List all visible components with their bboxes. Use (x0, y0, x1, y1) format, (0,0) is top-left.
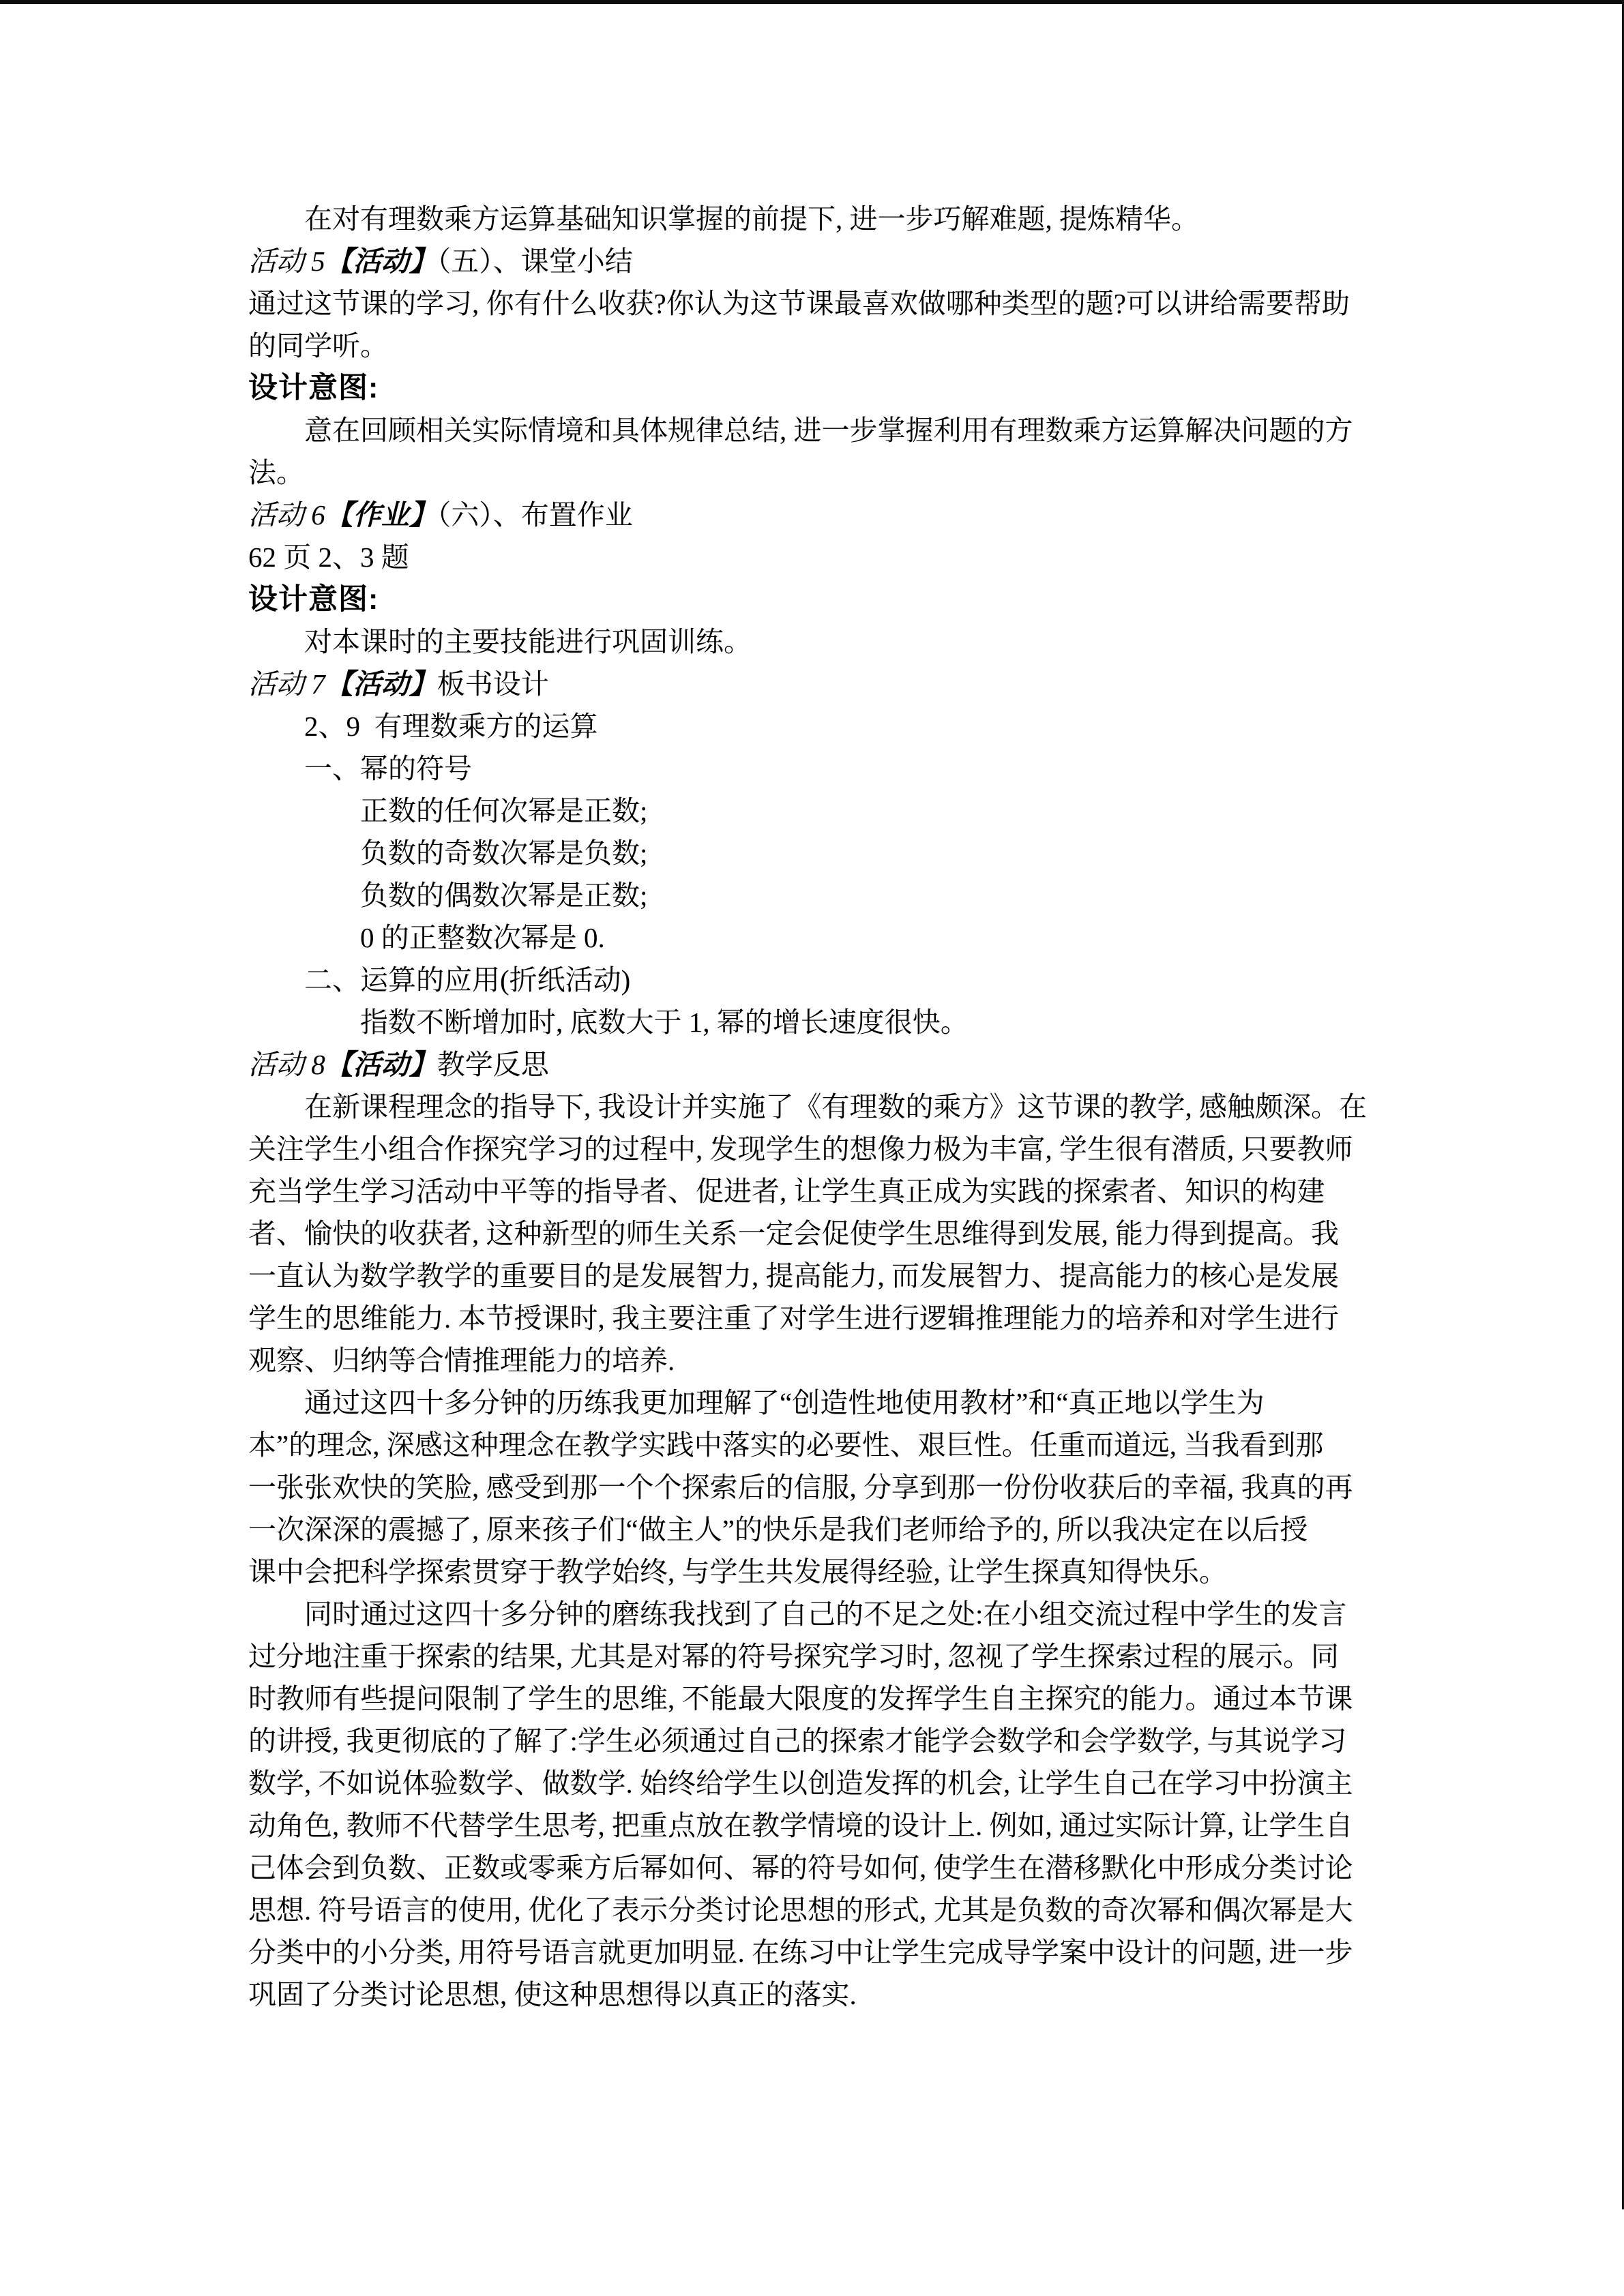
text-line: 思想. 符号语言的使用, 优化了表示分类讨论思想的形式, 尤其是负数的奇次幂和偶… (248, 1889, 1381, 1931)
text-line: 正数的任何次幂是正数; (248, 790, 1381, 832)
text-line: 充当学生学习活动中平等的指导者、促进者, 让学生真正成为实践的探索者、知识的构建 (248, 1170, 1381, 1212)
document-page: 在对有理数乘方运算基础知识掌握的前提下, 进一步巧解难题, 提炼精华。活动 5【… (0, 0, 1624, 2296)
text-line: 一、幂的符号 (248, 747, 1381, 790)
activity-title: 教学反思 (437, 1049, 549, 1080)
activity-heading: 活动 8【活动】教学反思 (248, 1043, 1381, 1086)
text-line: 一张张欢快的笑脸, 感受到那一个个探索后的信服, 分享到那一份份收获后的幸福, … (248, 1466, 1381, 1508)
text-line: 分类中的小分类, 用符号语言就更加明显. 在练习中让学生完成导学案中设计的问题,… (248, 1931, 1381, 1973)
page-top-border (0, 0, 1624, 4)
text-line: 一直认为数学教学的重要目的是发展智力, 提高能力, 而发展智力、提高能力的核心是… (248, 1255, 1381, 1297)
text-line: 过分地注重于探索的结果, 尤其是对幂的符号探究学习时, 忽视了学生探索过程的展示… (248, 1635, 1381, 1678)
activity-heading: 活动 5【活动】（五）、课堂小结 (248, 240, 1381, 282)
text-line: 一次深深的震撼了, 原来孩子们“做主人”的快乐是我们老师给予的, 所以我决定在以… (248, 1508, 1381, 1551)
activity-label: 活动 7 (248, 668, 325, 700)
text-line: 在新课程理念的指导下, 我设计并实施了《有理数的乘方》这节课的教学, 感触颇深。… (248, 1086, 1381, 1128)
text-line: 法。 (248, 451, 1381, 494)
text-line: 同时通过这四十多分钟的磨练我找到了自己的不足之处:在小组交流过程中学生的发言 (248, 1593, 1381, 1635)
activity-title: （六）、布置作业 (437, 499, 633, 531)
text-line: 负数的奇数次幂是负数; (248, 832, 1381, 874)
text-line: 指数不断增加时, 底数大于 1, 幂的增长速度很快。 (248, 1001, 1381, 1043)
text-line: 巩固了分类讨论思想, 使这种思想得以真正的落实. (248, 1973, 1381, 2016)
activity-heading: 活动 6【作业】（六）、布置作业 (248, 494, 1381, 536)
text-line: 意在回顾相关实际情境和具体规律总结, 进一步掌握利用有理数乘方运算解决问题的方 (248, 409, 1381, 451)
activity-label: 活动 8 (248, 1049, 325, 1080)
activity-bracket: 【活动】 (325, 245, 437, 277)
section-heading: 设计意图: (248, 367, 1381, 409)
text-line: 关注学生小组合作探究学习的过程中, 发现学生的想像力极为丰富, 学生很有潜质, … (248, 1128, 1381, 1170)
text-line: 对本课时的主要技能进行巩固训练。 (248, 621, 1381, 663)
activity-label: 活动 5 (248, 245, 325, 277)
activity-title: （五）、课堂小结 (437, 245, 633, 277)
text-line: 62 页 2、3 题 (248, 536, 1381, 578)
text-line: 2、9 有理数乘方的运算 (248, 705, 1381, 747)
text-line: 课中会把科学探索贯穿于教学始终, 与学生共发展得经验, 让学生探真知得快乐。 (248, 1551, 1381, 1593)
text-line: 二、运算的应用(折纸活动) (248, 959, 1381, 1001)
activity-bracket: 【活动】 (325, 1049, 437, 1080)
text-line: 通过这节课的学习, 你有什么收获?你认为这节课最喜欢做哪种类型的题?可以讲给需要… (248, 282, 1381, 325)
activity-bracket: 【活动】 (325, 668, 437, 700)
text-line: 的讲授, 我更彻底的了解了:学生必须通过自己的探索才能学会数学和会学数学, 与其… (248, 1720, 1381, 1762)
text-line: 负数的偶数次幂是正数; (248, 874, 1381, 916)
text-line: 本”的理念, 深感这种理念在教学实践中落实的必要性、艰巨性。任重而道远, 当我看… (248, 1424, 1381, 1466)
text-line: 时教师有些提问限制了学生的思维, 不能最大限度的发挥学生自主探究的能力。通过本节… (248, 1678, 1381, 1720)
text-line: 通过这四十多分钟的历练我更加理解了“创造性地使用教材”和“真正地以学生为 (248, 1382, 1381, 1424)
section-heading: 设计意图: (248, 578, 1381, 621)
activity-label: 活动 6 (248, 499, 325, 531)
text-line: 己体会到负数、正数或零乘方后幂如何、幂的符号如何, 使学生在潜移默化中形成分类讨… (248, 1847, 1381, 1889)
text-line: 动角色, 教师不代替学生思考, 把重点放在教学情境的设计上. 例如, 通过实际计… (248, 1804, 1381, 1847)
text-line: 的同学听。 (248, 325, 1381, 367)
text-line: 学生的思维能力. 本节授课时, 我主要注重了对学生进行逻辑推理能力的培养和对学生… (248, 1297, 1381, 1339)
text-line: 数学, 不如说体验数学、做数学. 始终给学生以创造发挥的机会, 让学生自己在学习… (248, 1762, 1381, 1804)
text-line: 者、愉快的收获者, 这种新型的师生关系一定会促使学生思维得到发展, 能力得到提高… (248, 1212, 1381, 1255)
activity-heading: 活动 7【活动】板书设计 (248, 663, 1381, 705)
document-content: 在对有理数乘方运算基础知识掌握的前提下, 进一步巧解难题, 提炼精华。活动 5【… (248, 198, 1381, 2016)
text-line: 观察、归纳等合情推理能力的培养. (248, 1339, 1381, 1382)
text-line: 0 的正整数次幂是 0. (248, 916, 1381, 959)
text-line: 在对有理数乘方运算基础知识掌握的前提下, 进一步巧解难题, 提炼精华。 (248, 198, 1381, 240)
activity-bracket: 【作业】 (325, 499, 437, 531)
activity-title: 板书设计 (437, 668, 549, 700)
